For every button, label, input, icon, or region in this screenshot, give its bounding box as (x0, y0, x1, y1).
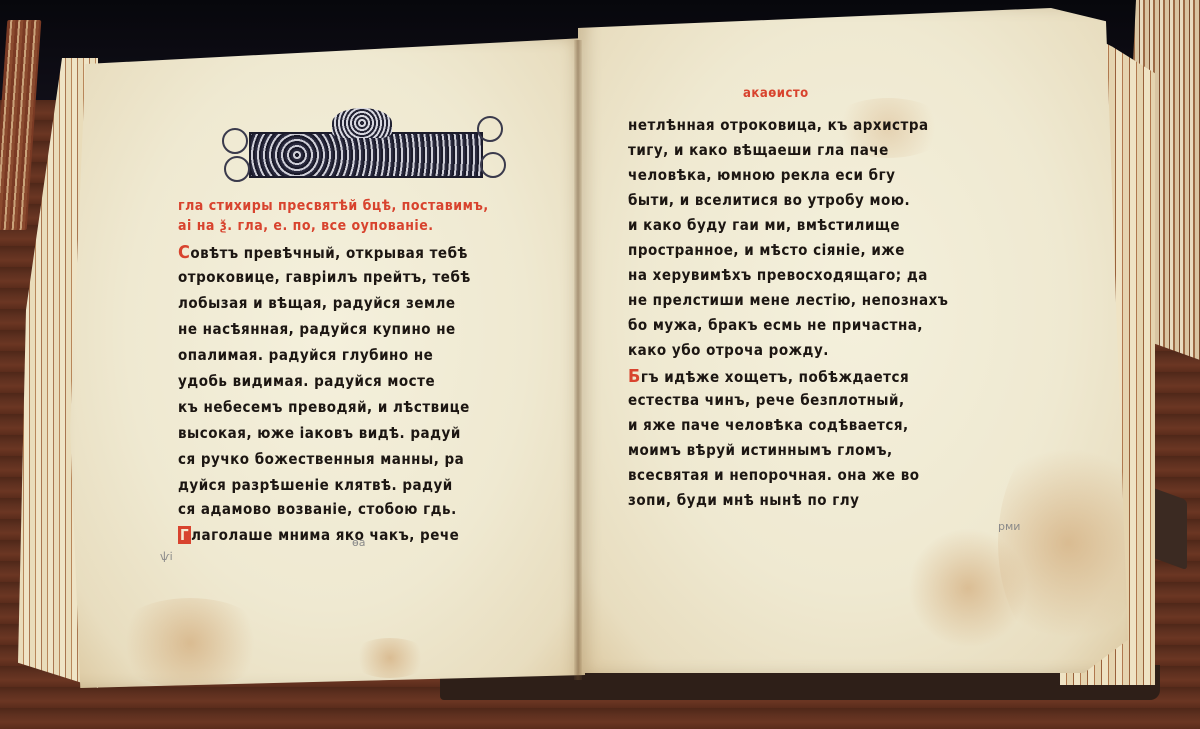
text-line: не прелстиши мене лестію, непознахъ (628, 291, 948, 309)
rubric-line: аі на ѯ. гла, е. по, все оупованіе. (178, 218, 434, 234)
text-line: быти, и вселитися во утробу мою. (628, 191, 910, 209)
foxing-stain (350, 638, 430, 678)
text-line: и како буду гаи ми, вмѣстилище (628, 216, 900, 234)
text-line: тигу, и како вѣщаеши гла паче (628, 141, 889, 159)
text-line: бо мужа, бракъ есмь не причастна, (628, 316, 923, 334)
foxing-stain (998, 428, 1138, 658)
folio-number: ѱі (160, 550, 173, 563)
signature-mark: ѳа (352, 536, 365, 549)
text-line: опалимая. радуйся глубино не (178, 346, 433, 364)
text-line: не насѣянная, радуйся купино не (178, 320, 456, 338)
text-line: Бгъ идѣже хощетъ, побѣждается (628, 366, 909, 387)
text-line: зопи, буди мнѣ нынѣ по глу (628, 491, 859, 509)
text-line: нетлѣнная отроковица, къ архистра (628, 116, 929, 134)
text-line: ся адамово возваніе, стобою гдь. (178, 500, 457, 518)
foxing-stain (110, 598, 270, 688)
text-line: дуйся разрѣшеніе клятвѣ. радуй (178, 476, 453, 494)
text-line: къ небесемъ преводяй, и лѣствице (178, 398, 470, 416)
running-head: акаѳисто (743, 86, 809, 101)
text-line: пространное, и мѣсто сіяніе, иже (628, 241, 905, 259)
text-line: естества чинъ, рече безплотный, (628, 391, 905, 409)
text-line: лобызая и вѣщая, радуйся земле (178, 294, 456, 312)
rubric-line: гла стихиры пресвятѣй бцѣ, поставимъ, (178, 198, 489, 214)
red-initial: Б (628, 366, 641, 387)
headpiece-floral-crown (332, 108, 392, 138)
text-line: высокая, юже іаковъ видѣ. радуй (178, 424, 461, 442)
red-initial: Г (178, 526, 191, 544)
text-line: и яже паче человѣка содѣвается, (628, 416, 909, 434)
headpiece-curl (477, 116, 503, 142)
foxing-stain (908, 528, 1028, 648)
text-line: отроковице, гавріилъ прейтъ, тебѣ (178, 268, 471, 286)
text-line: Глаголаше мнима яко чакъ, рече (178, 526, 459, 544)
text-line: на херувимѣхъ превосходящаго; да (628, 266, 928, 284)
headpiece-curl (224, 156, 250, 182)
text-line: ся ручко божественныя манны, ра (178, 450, 464, 468)
red-initial: С (178, 242, 190, 263)
folio-number: рми (998, 520, 1020, 533)
text-line: всесвятая и непорочная. она же во (628, 466, 920, 484)
text-line: моимъ вѣруй истиннымъ гломъ, (628, 441, 893, 459)
headpiece-curl (222, 128, 248, 154)
headpiece-band (249, 132, 483, 178)
headpiece-curl (480, 152, 506, 178)
text-line: Совѣтъ превѣчный, открывая тебѣ (178, 242, 468, 263)
text-line: человѣка, юмною рекла еси бгу (628, 166, 895, 184)
book-gutter (574, 40, 582, 680)
text-line: удобь видимая. радуйся мосте (178, 372, 435, 390)
ornamental-headpiece (222, 108, 502, 188)
text-line: како убо отроча рожду. (628, 341, 829, 359)
